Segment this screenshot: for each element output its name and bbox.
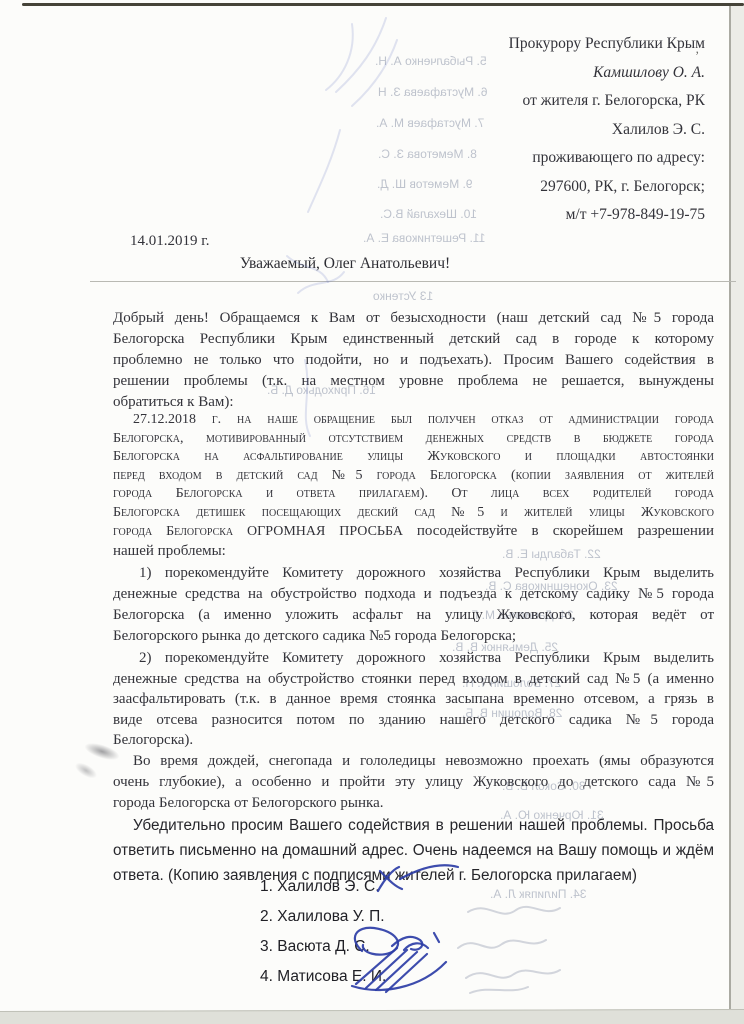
caps-run: города Белогорска ОГРОМНАЯ ПРОСЬБА [113,524,403,539]
body-line: нашей проблемы: [113,542,714,561]
body-line: города Белогорска ОГРОМНАЯ ПРОСЬБА посод… [113,522,714,542]
recipient-name: Камшилову О. А. [509,59,705,88]
bleed-through-text: 7. Мустафаев М. А. [376,116,484,130]
bleed-through-text: 5. Рыбалченко А. Н. [375,54,487,68]
body-line: обратиться к Вам): [113,392,714,413]
body-line: проблемно не только что подойти, но и по… [113,350,714,371]
body-line: 1) порекомендуйте Комитету дорожного хоз… [113,563,714,584]
handwriting-bleed [466,970,560,978]
signatory: 1. Халилов Э. С. [260,878,386,908]
sender-name: Халилов Э. С. [509,116,705,145]
body-line: виде отсева разносится потом по зданию н… [113,710,714,731]
signature-list: 1. Халилов Э. С. 2. Халилова У. П. 3. Ва… [260,878,386,998]
scanner-background-right [731,6,744,1012]
handwriting-bleed [468,907,560,914]
body-line: денежные средства на обустройство стоянк… [113,669,714,690]
bleed-through-text: 10. Шехалай В.С. [380,207,477,221]
body-line: города Белогорска и ответа прилагаем). О… [113,485,714,504]
scanned-letter-page: ’ 5. Рыбалченко А. Н. 6. Мустафаева З. Н… [0,0,744,1024]
body-line: денежные средства на обустройство подход… [113,584,714,605]
signature-matisova [386,954,427,992]
sender-line: от жителя г. Белогорска, РК [509,87,705,116]
body-line: Во время дождей, снегопада и гололедицы … [113,751,714,772]
body-line: заасфальтировать (т.к. в данное время ст… [113,689,714,710]
paragraph-closing: Убедительно просим Вашего содействия в р… [113,813,714,888]
body-line: Белогорска (а именно уложить асфальт на … [113,605,714,626]
ink-bleed-stroke [326,24,353,90]
body-line: очень глубокие), а особенно и пройти эту… [113,772,714,793]
body-line: перед входом в детский сад №5 города Бел… [113,467,714,486]
bleed-through-text: 6. Мустафаева З. Н [378,85,487,99]
body-line: Белогорска, мотивированный отсутствием д… [113,430,714,449]
signatory: 4. Матисова Е. И. [260,968,386,998]
paragraph-request-1: 1) порекомендуйте Комитету дорожного хоз… [113,563,714,647]
ink-bleed-stroke [308,130,340,212]
sender-address: 297600, РК, г. Белогорск; [509,173,705,202]
signature-matisova [404,943,428,950]
body-line: Белогорска на асфальтирование улицы Жуко… [113,448,714,467]
recipient-line: Прокурору Республики Крым [509,30,705,59]
body-line: Белогорска). [113,730,714,751]
letter-date: 14.01.2019 г. [130,233,209,250]
body-line: ответить письменно на домашний адрес. Оч… [113,838,714,863]
body-line: 2) порекомендуйте Комитету дорожного хоз… [113,648,714,669]
paragraph-weather: Во время дождей, снегопада и гололедицы … [113,751,714,814]
salutation: Уважаемый, Олег Анатольевич! [0,255,690,273]
sender-phone: м/т +7-978-849-19-75 [509,201,705,230]
paragraph-request-2: 2) порекомендуйте Комитету дорожного хоз… [113,648,714,751]
handwriting-bleed [458,940,546,948]
body-line: 27.12.2018 г. на наше обращение был полу… [113,411,714,430]
body-line: ответа. (Копию заявления с подписями жит… [113,863,714,888]
paragraph-refusal-smallcaps: 27.12.2018 г. на наше обращение был полу… [113,411,714,560]
body-line: Убедительно просим Вашего содействия в р… [113,813,714,838]
body-line: города Белогорска от Белогорского рынка. [113,793,714,814]
signatory: 3. Васюта Д. С. [260,938,386,968]
bleed-through-text: 9. Меметов Ш. Д. [377,177,473,191]
body-line: Белогорска Республики Крым единственный … [113,329,714,350]
body-line: решении проблемы (т.к. на местном уровне… [113,371,714,392]
body-line: Белогорского рынка до детского садика №5… [113,626,714,647]
ink-smudge [73,760,99,782]
handwriting-bleed [470,987,528,993]
body-line: Добрый день! Обращаемся к Вам от безысхо… [113,308,714,329]
salutation-rule [90,281,736,282]
signature-vasyuta [434,933,439,942]
bleed-through-text: 13 Устенко [373,289,433,303]
bleed-through-text: 34. Пилипяк Л. А. [490,887,587,901]
normal-run: посодействуйте в скорейшем разрешении [417,523,714,539]
sender-address-label: проживающего по адресу: [509,144,705,173]
bleed-through-text: 8. Меметова З. С. [378,147,477,161]
bleed-through-text: 11. Решетникова Е. А. [363,231,485,245]
paragraph-intro: Добрый день! Обращаемся к Вам от безысхо… [113,308,714,413]
scan-top-edge-line [22,3,744,6]
scanner-background-bottom [0,1009,744,1024]
body-line: Белогорска детишек посещающих деский сад… [113,504,714,523]
signatory: 2. Халилова У. П. [260,908,386,938]
ink-bleed-stroke [298,272,344,293]
recipient-address-block: Прокурору Республики Крым Камшилову О. А… [509,30,705,230]
signature-vasyuta [392,937,422,950]
